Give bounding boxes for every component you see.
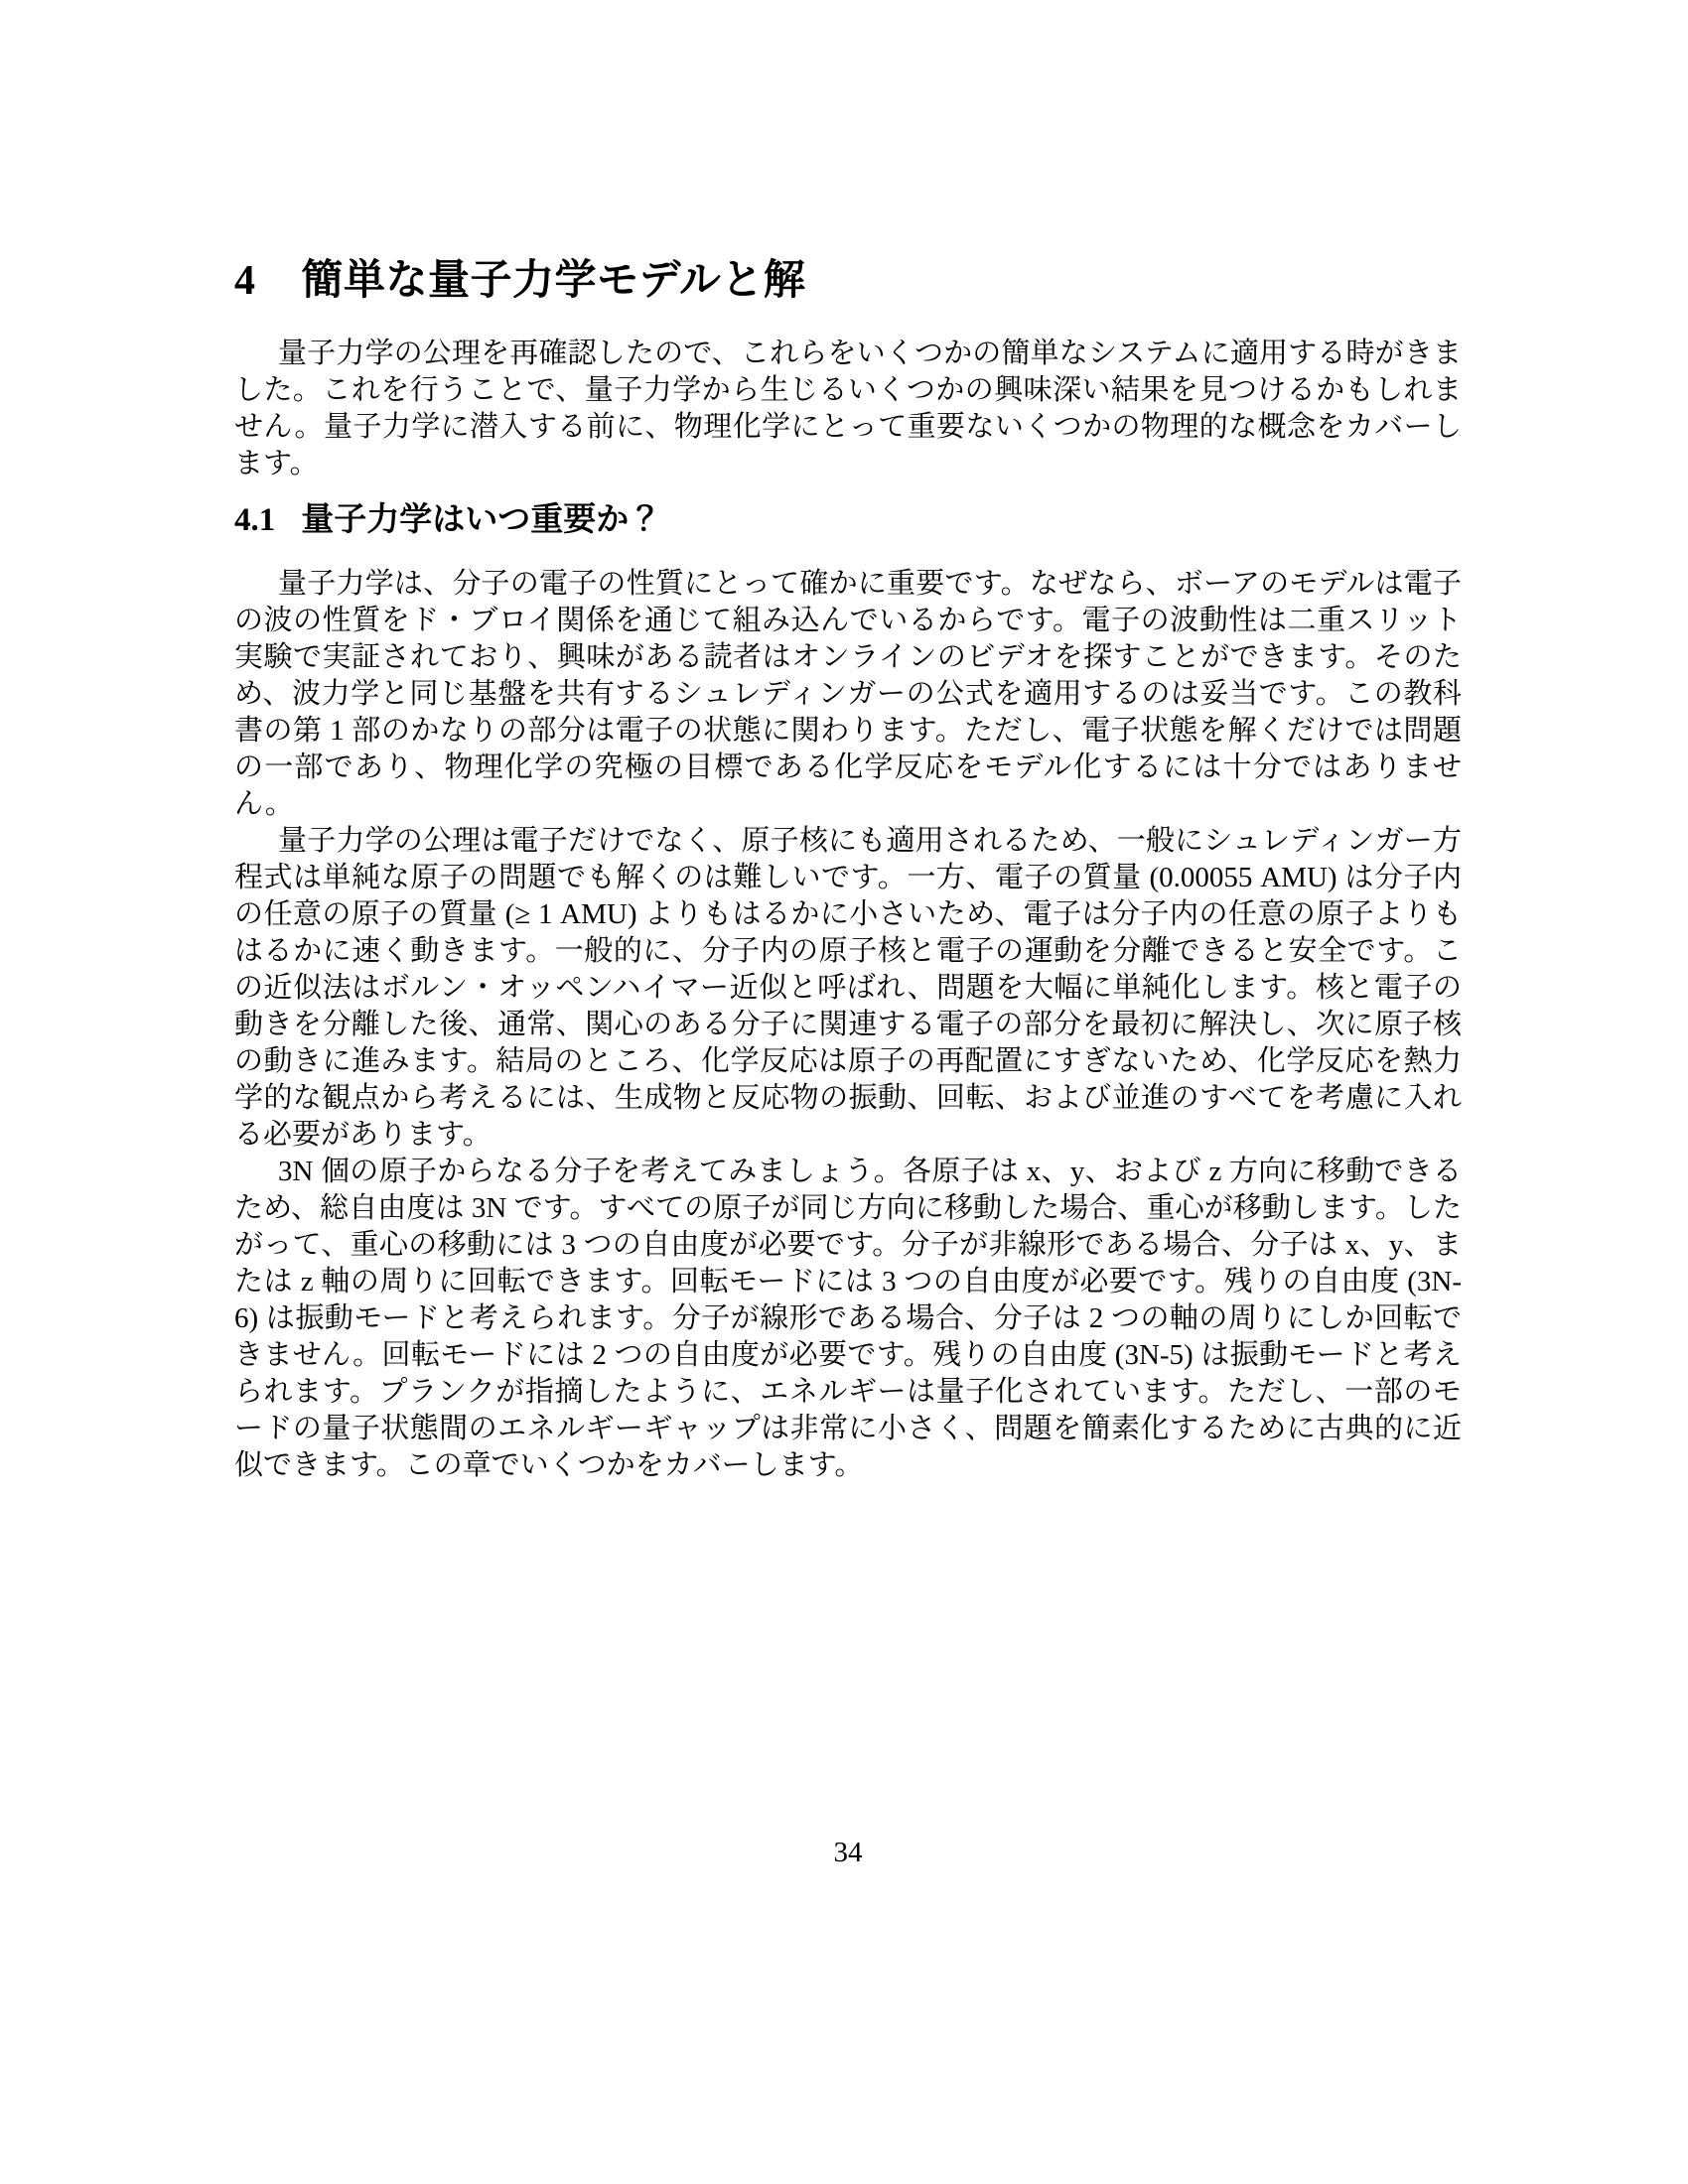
section-title: 簡単な量子力学モデルと解 <box>302 258 806 304</box>
subsection-number: 4.1 <box>234 500 275 541</box>
section-heading: 4簡単な量子力学モデルと解 <box>234 256 1462 306</box>
paragraph-degrees-of-freedom: 3N 個の原子からなる分子を考えてみましょう。各原子は x、y、および z 方向… <box>234 1154 1462 1484</box>
subsection-heading: 4.1量子力学はいつ重要か？ <box>234 500 1462 541</box>
paragraph-nuclei-born-oppenheimer: 量子力学の公理は電子だけでなく、原子核にも適用されるため、一般にシュレディンガー… <box>234 823 1462 1154</box>
subsection-title: 量子力学はいつ重要か？ <box>301 502 661 538</box>
document-page: 4簡単な量子力学モデルと解 量子力学の公理を再確認したので、これらをいくつかの簡… <box>0 0 1688 2184</box>
section-number: 4 <box>234 256 256 306</box>
page-number: 34 <box>234 1839 1462 1867</box>
paragraph-intro: 量子力学の公理を再確認したので、これらをいくつかの簡単なシステムに適用する時がき… <box>234 336 1462 482</box>
text-block: 4簡単な量子力学モデルと解 量子力学の公理を再確認したので、これらをいくつかの簡… <box>234 0 1462 1484</box>
paragraph-electrons-importance: 量子力学は、分子の電子の性質にとって確かに重要です。なぜなら、ボーアのモデルは電… <box>234 566 1462 823</box>
